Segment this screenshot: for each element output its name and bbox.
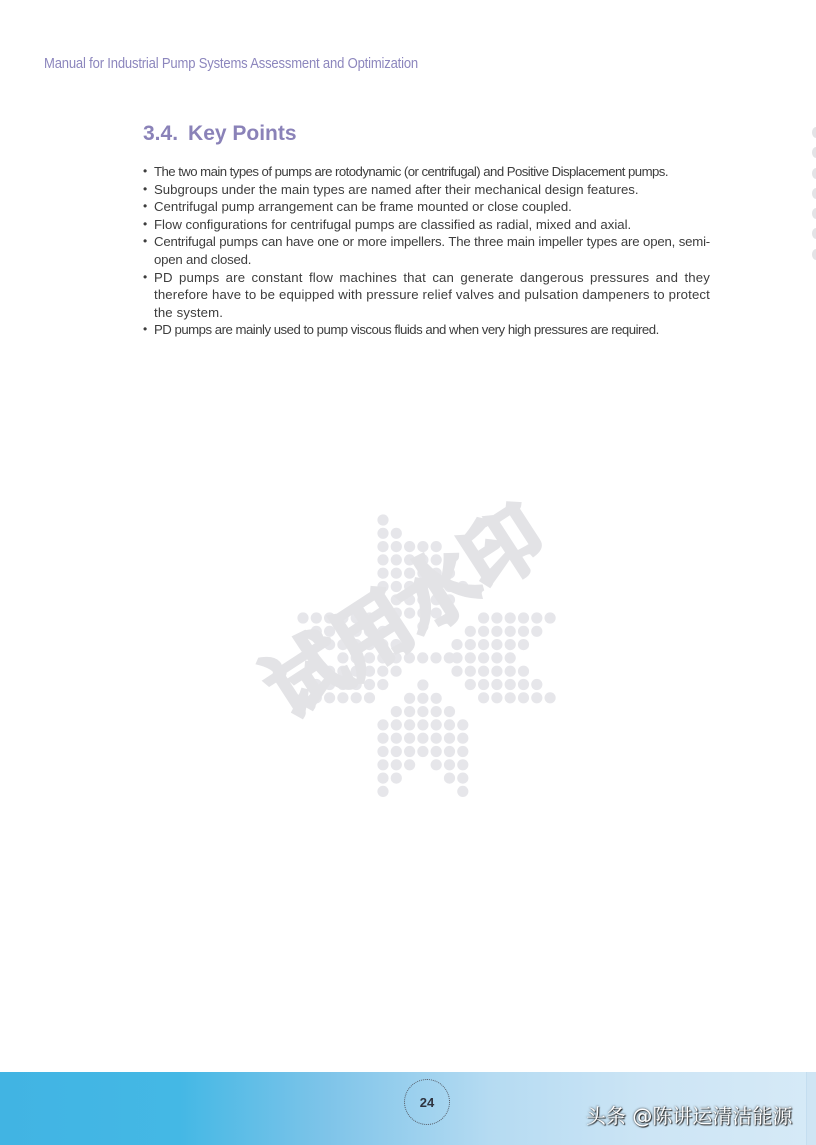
bullet-icon: • xyxy=(143,216,147,234)
bullet-icon: • xyxy=(143,321,147,339)
watermark-logo-icon: 试用水印 xyxy=(220,420,600,820)
section-heading: 3.4.Key Points xyxy=(143,122,297,146)
page-number: 24 xyxy=(404,1079,450,1125)
section-title: Key Points xyxy=(188,122,297,145)
list-item: •Centrifugal pumps can have one or more … xyxy=(143,233,710,268)
list-item-text: Centrifugal pump arrangement can be fram… xyxy=(154,198,710,216)
footer-edge xyxy=(806,1072,816,1145)
section-number: 3.4. xyxy=(143,122,178,145)
list-item-text: Subgroups under the main types are named… xyxy=(154,181,710,199)
list-item: •Centrifugal pump arrangement can be fra… xyxy=(143,198,710,216)
bullet-icon: • xyxy=(143,198,147,216)
list-item: •The two main types of pumps are rotodyn… xyxy=(143,163,710,181)
list-item-text: PD pumps are mainly used to pump viscous… xyxy=(154,321,710,339)
list-item-text: PD pumps are constant flow machines that… xyxy=(154,269,710,322)
list-item-text: Centrifugal pumps can have one or more i… xyxy=(154,233,710,268)
list-item: •PD pumps are constant flow machines tha… xyxy=(143,269,710,322)
bullet-icon: • xyxy=(143,181,147,199)
list-item: •PD pumps are mainly used to pump viscou… xyxy=(143,321,710,339)
bullet-icon: • xyxy=(143,269,147,287)
running-header-title: Manual for Industrial Pump Systems Asses… xyxy=(44,56,418,72)
side-margin-dots xyxy=(812,127,816,269)
bullet-icon: • xyxy=(143,163,147,181)
list-item: •Subgroups under the main types are name… xyxy=(143,181,710,199)
list-item: •Flow configurations for centrifugal pum… xyxy=(143,216,710,234)
list-item-text: The two main types of pumps are rotodyna… xyxy=(154,163,710,181)
bullet-icon: • xyxy=(143,233,147,251)
key-points-list: •The two main types of pumps are rotodyn… xyxy=(143,163,710,339)
list-item-text: Flow configurations for centrifugal pump… xyxy=(154,216,710,234)
watermark-text: 试用水印 xyxy=(250,490,561,735)
source-credit: 头条 @陈讲运清洁能源 xyxy=(586,1100,792,1129)
